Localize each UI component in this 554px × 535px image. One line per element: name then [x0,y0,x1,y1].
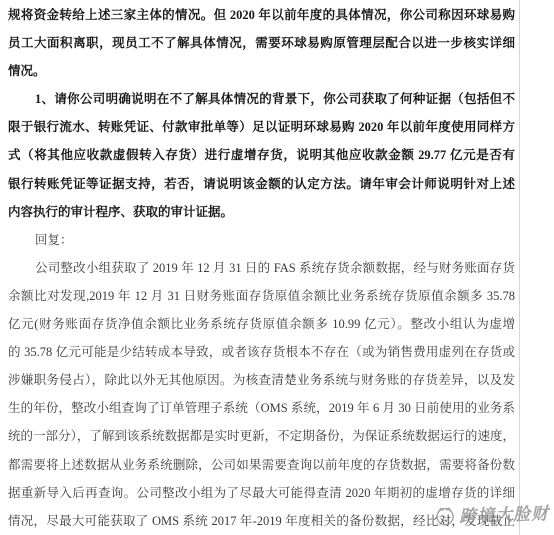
reply-label-line: 回复： [8,226,515,254]
text-line: 据重新导入后再查询。公司整改小组为了尽最大可能得查清 2020 年期初的虚增存货… [8,479,515,507]
text-line: 情况，尽最大可能获取了 OMS 系统 2017 年-2019 年度相关的备份数据… [8,507,515,535]
text-line: 1、请你公司明确说明在不了解具体情况的背景下，你公司获取了何种证据（包括但不 [8,85,515,113]
text-line: 规将资金转给上述三家主体的情况。但 2020 年以前年度的具体情况，你公司称因环… [8,1,515,29]
page-right-rule [519,0,520,535]
text-line: 情况。 [8,57,515,85]
text-line: 亿元(财务账面存货净值余额比业务系统存货原值余额多 10.99 亿元）。整改小组… [8,310,515,338]
text-line: 内容执行的审计程序、获取的审计证据。 [8,198,515,226]
text-line: 公司整改小组获取了 2019 年 12 月 31 日的 FAS 系统存货余额数据… [8,254,515,282]
text-line: 都需要将上述数据从业务系统删除，公司如果需要查询以前年度的存货数据，需要将备份数 [8,451,515,479]
text-line: 统的一部分），了解到该系统数据都是实时更新，不定期备份，为保证系统数据运行的速度… [8,422,515,450]
text-line: 生的年份，整改小组查询了订单管理子系统（OMS 系统，2019 年 6 月 30… [8,394,515,422]
text-line: 涉嫌职务侵占），除此以外无其他原因。为核查清楚业务系统与财务账的存货差异，以及发 [8,366,515,394]
text-line: 限于银行流水、转账凭证、付款审批单等）足以证明环球易购 2020 年以前年度使用… [8,113,515,141]
text-line: 银行转账凭证等证据支持，若否，请说明该金额的认定方法。请年审会计师说明针对上述 [8,170,515,198]
document-text: 规将资金转给上述三家主体的情况。但 2020 年以前年度的具体情况，你公司称因环… [8,1,515,535]
text-line: 员工大面积离职，现员工不了解具体情况，需要环球易购原管理层配合以进一步核实详细 [8,29,515,57]
text-line: 式（将其他应收款虚假转入存货）进行虚增存货，说明其他应收款金额 29.77 亿元… [8,141,515,169]
text-line: 余额比对发现,2019 年 12 月 31 日财务账面存货原值余额比业务系统存货… [8,282,515,310]
text-line: 的 35.78 亿元可能是少结转成本导致，或者该存货根本不存在（或为销售费用虚列… [8,338,515,366]
document-page: 规将资金转给上述三家主体的情况。但 2020 年以前年度的具体情况，你公司称因环… [0,0,554,535]
